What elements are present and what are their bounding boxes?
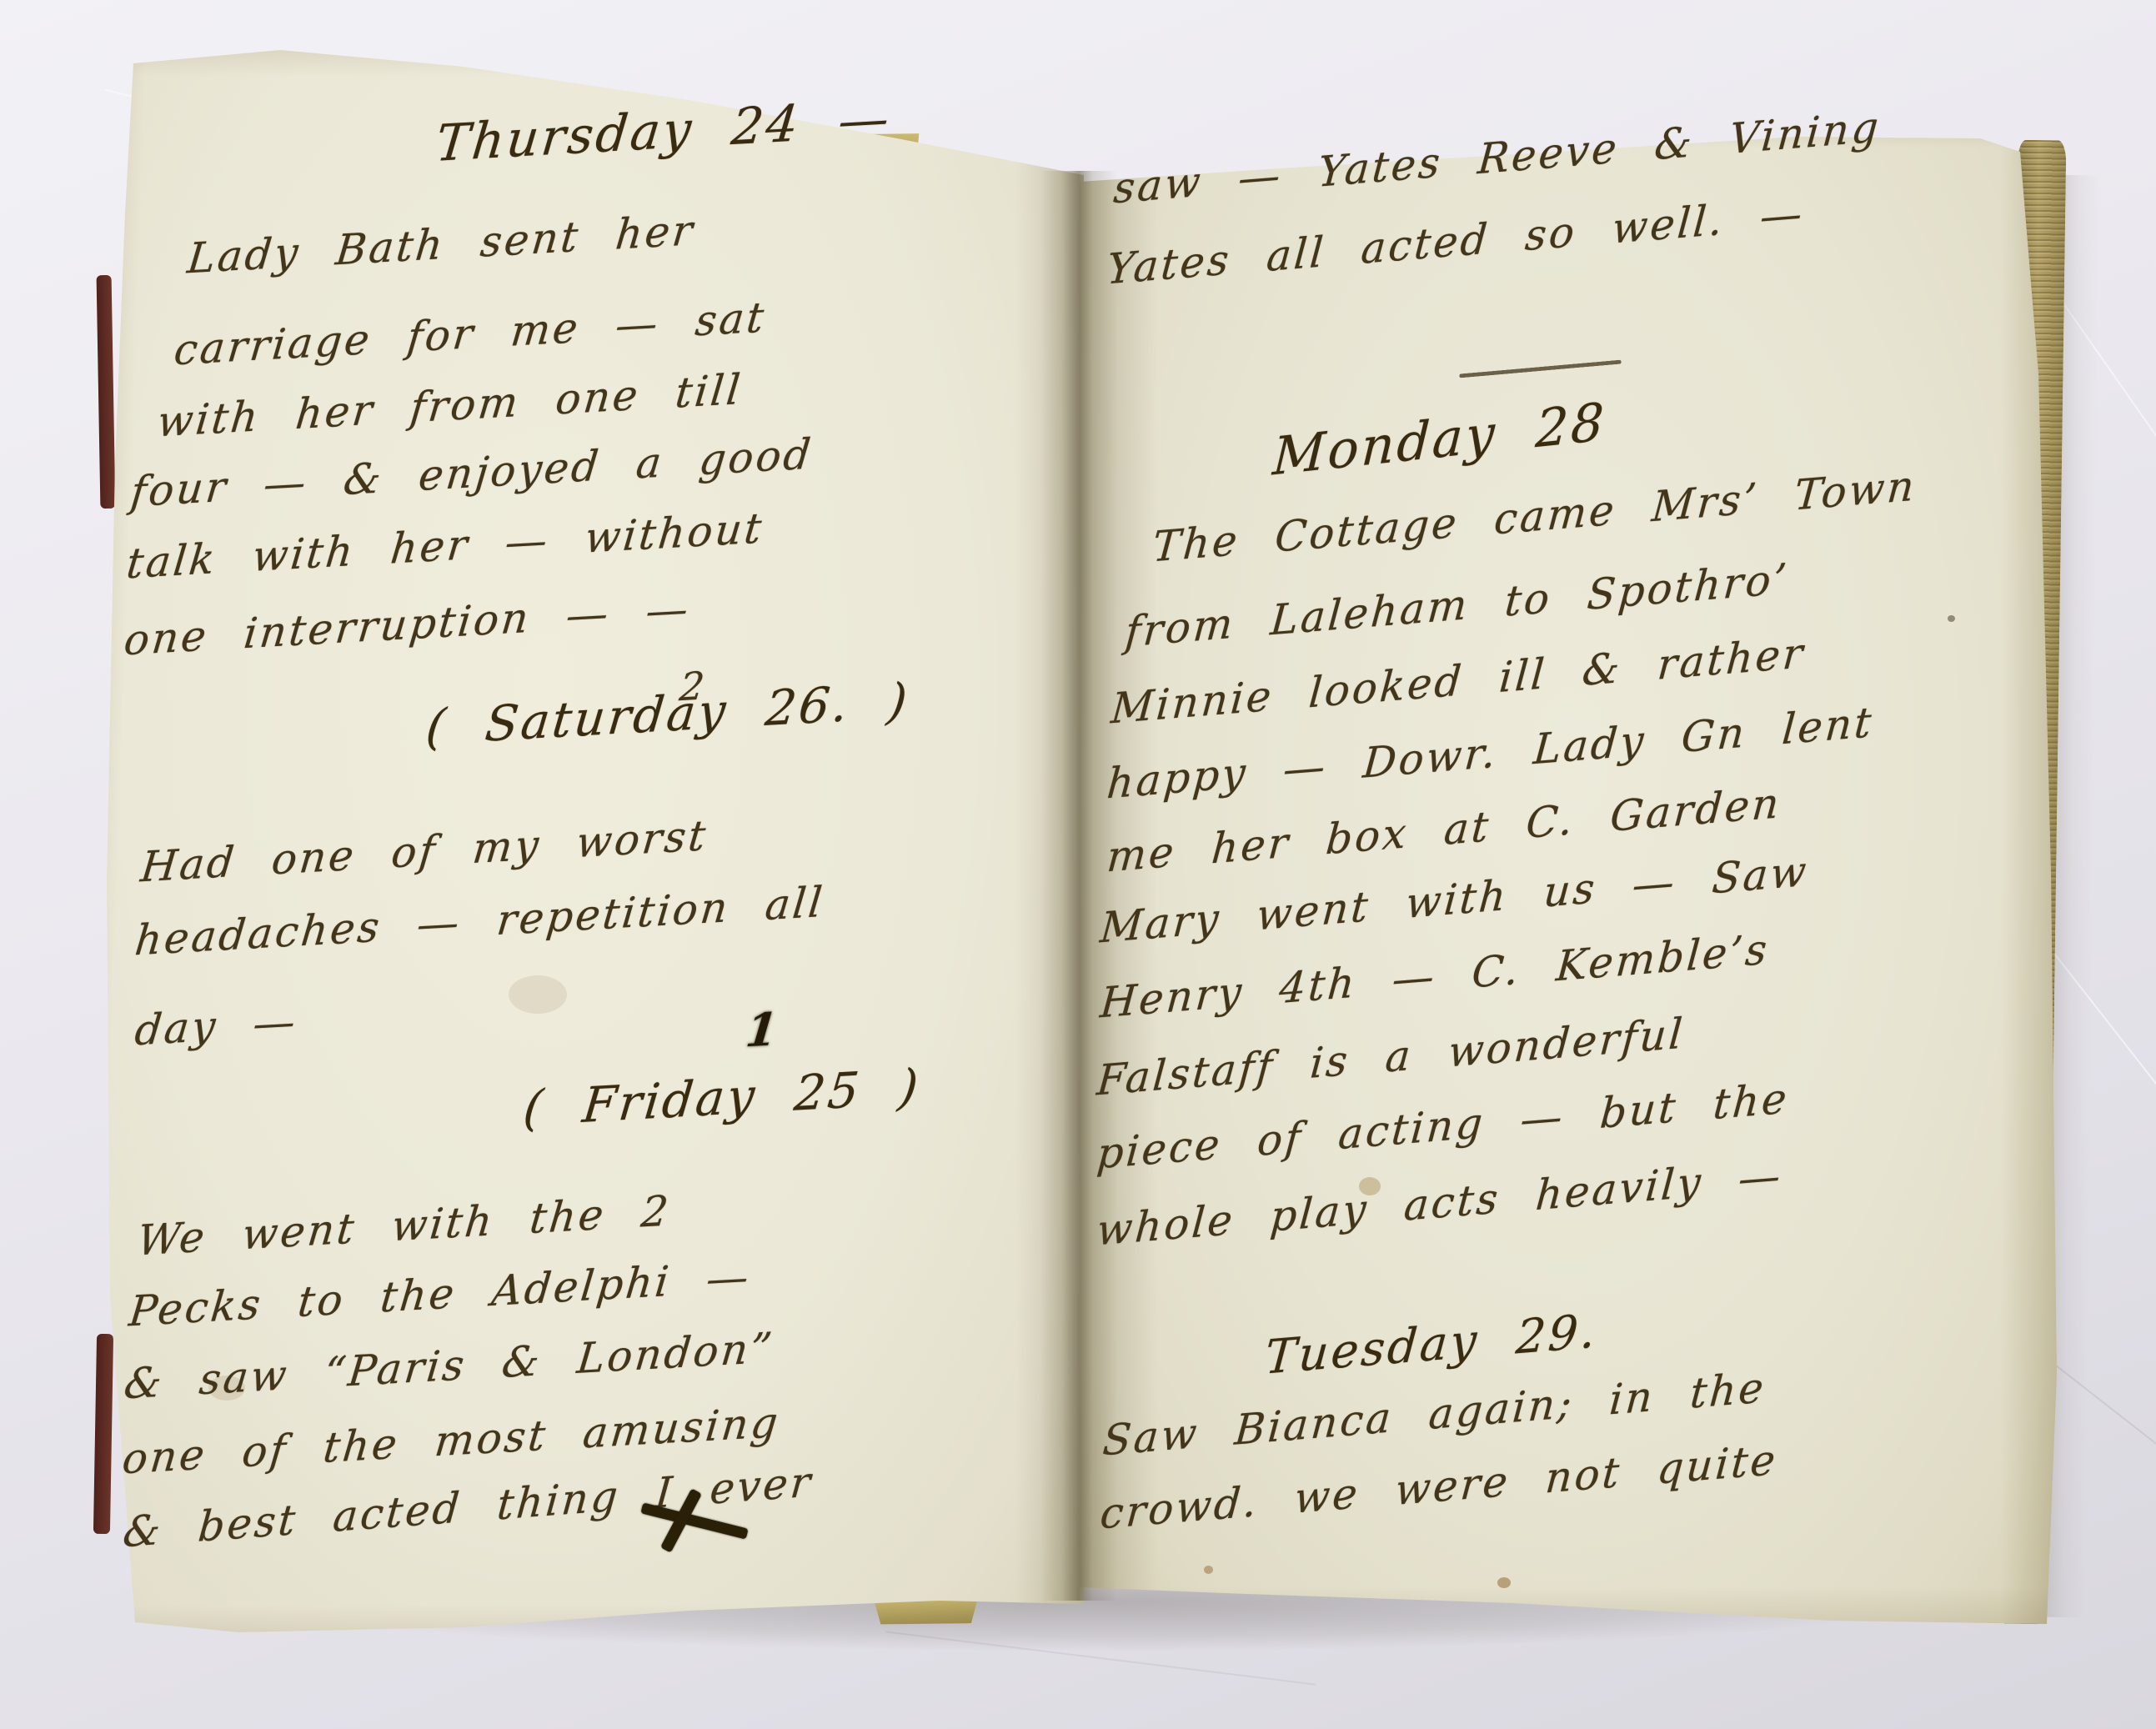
cover-edge-sliver xyxy=(97,275,116,509)
foxing-spot xyxy=(1204,1566,1213,1574)
foxing-spot xyxy=(1497,1577,1511,1588)
diary-photo: Thursday 24 — Lady Bath sent her carriag… xyxy=(0,0,2156,1729)
cover-edge-sliver xyxy=(93,1334,113,1534)
ink-blot-x xyxy=(632,1486,757,1557)
entry-order-mark: 1 xyxy=(744,1003,783,1057)
foxing-spot xyxy=(509,975,567,1014)
